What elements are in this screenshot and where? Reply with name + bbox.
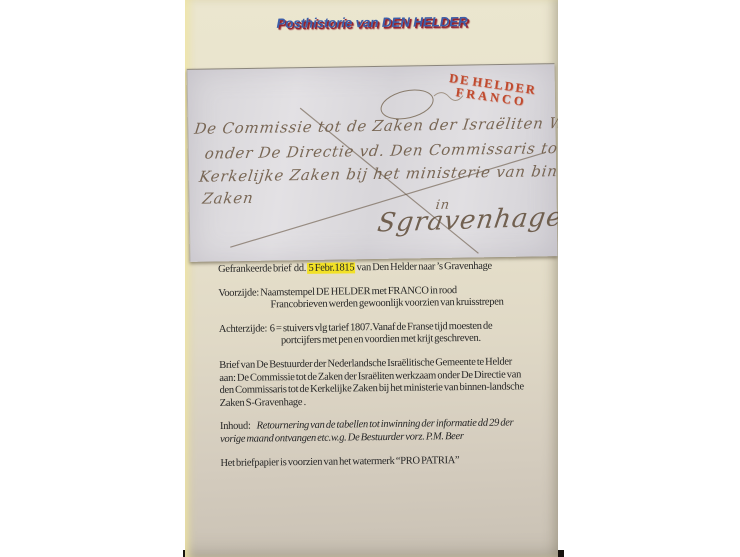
inhoud-paragraph: Inhoud:Retournering van de tabellen tot …: [220, 417, 558, 446]
brief-paragraph: Brief van De Bestuurder der Nederlandsch…: [219, 356, 558, 411]
cover-letter-front: DE HELDER FRANCO De Commissie tot de Zak…: [187, 63, 558, 262]
inhoud-label: Inhoud:: [220, 421, 251, 432]
intro-line: Gefrankeerde brief dd. 5 Febr.1815 van D…: [218, 260, 556, 277]
date-highlight: 5 Febr.1815: [307, 262, 355, 274]
photo-backdrop: Posthistorie van DEN HELDER DE HELDER FR…: [0, 0, 740, 557]
destination-script: Sgravenhage: [376, 202, 558, 238]
text-line: Retournering van de tabellen tot inwinni…: [256, 418, 513, 432]
address-line: Zaken: [201, 189, 254, 208]
voorzijde-paragraph: Voorzijde: Naamstempel DE HELDER met FRA…: [218, 283, 556, 312]
achterzijde-paragraph: Achterzijde: 6 = stuivers vlg tarief 180…: [219, 320, 557, 349]
watermark-line: Het briefpapier is voorzien van het wate…: [220, 453, 558, 470]
text-line: Gefrankeerde brief dd.: [218, 263, 308, 275]
description-block: Gefrankeerde brief dd. 5 Febr.1815 van D…: [218, 260, 558, 481]
page-title: Posthistorie van DEN HELDER: [276, 14, 467, 31]
exhibit-page: Posthistorie van DEN HELDER DE HELDER FR…: [185, 0, 558, 557]
text-line: van Den Helder naar ’s Gravenhage: [355, 261, 492, 274]
